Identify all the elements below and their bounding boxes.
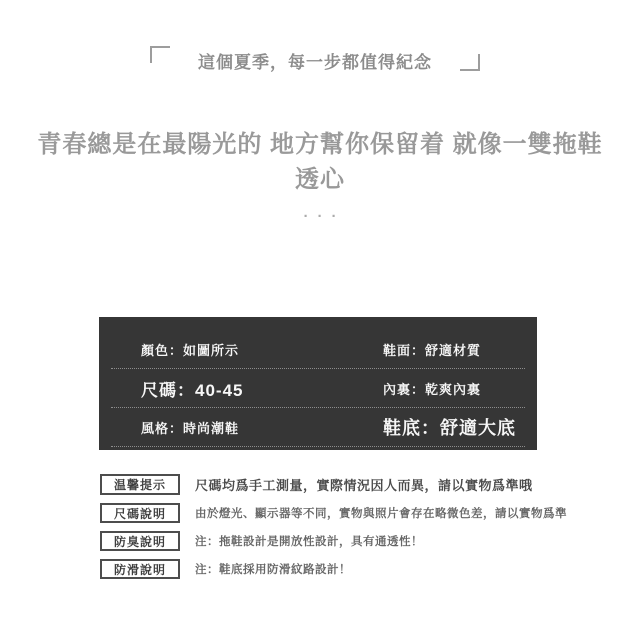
spec-row-color-upper: 顏色：如圖所示 鞋面：舒適材質 [111, 330, 525, 369]
note-label-odor-note: 防臭說明 [100, 531, 180, 551]
note-text-odor-note: 注：拖鞋設計是開放性設計，具有通透性！ [195, 533, 423, 549]
spec-table: 顏色：如圖所示 鞋面：舒適材質 尺碼：40-45 內裏：乾爽內裏 風格：時尚潮鞋… [99, 317, 537, 450]
hero-slogan-line2: 透心 [0, 163, 640, 197]
note-text-warm-tip: 尺碼均爲手工測量，實際情況因人而異，請以實物爲準哦 [195, 475, 533, 494]
spec-size: 尺碼：40-45 [111, 376, 318, 401]
spec-color: 顏色：如圖所示 [111, 340, 318, 359]
note-label-size-note: 尺碼說明 [100, 503, 180, 523]
header-quote: 這個夏季，每一步都值得紀念 [178, 48, 452, 73]
note-row-warm-tip: 温馨提示 尺碼均爲手工測量，實際情況因人而異，請以實物爲準哦 [100, 474, 560, 495]
corner-bracket-top-left-icon [150, 46, 170, 63]
spec-lining: 內裏：乾爽內裏 [318, 379, 525, 398]
product-description-page: 這個夏季，每一步都值得紀念 青春總是在最陽光的 地方幫你保留着 就像一雙拖鞋 透… [0, 0, 640, 640]
note-label-warm-tip: 温馨提示 [100, 474, 180, 495]
note-row-odor-note: 防臭說明 注：拖鞋設計是開放性設計，具有通透性！ [100, 531, 560, 551]
spec-row-style-sole: 風格：時尚潮鞋 鞋底：舒適大底 [111, 408, 525, 447]
note-row-size-note: 尺碼說明 由於燈光、顯示器等不同，實物與照片會存在略微色差，請以實物爲準 [100, 503, 560, 523]
hero-slogan-line1: 青春總是在最陽光的 地方幫你保留着 就像一雙拖鞋 [0, 128, 640, 162]
dots-divider: ··· [0, 208, 640, 225]
header-quote-section: 這個夏季，每一步都值得紀念 [148, 42, 482, 76]
spec-row-size-lining: 尺碼：40-45 內裏：乾爽內裏 [111, 369, 525, 408]
spec-style: 風格：時尚潮鞋 [111, 418, 318, 437]
spec-sole: 鞋底：舒適大底 [318, 414, 525, 440]
note-text-size-note: 由於燈光、顯示器等不同，實物與照片會存在略微色差，請以實物爲準 [195, 505, 567, 521]
spec-upper: 鞋面：舒適材質 [318, 340, 525, 359]
note-row-antislip-note: 防滑說明 注：鞋底採用防滑紋路設計！ [100, 559, 560, 579]
corner-bracket-bottom-right-icon [460, 54, 480, 71]
notes-section: 温馨提示 尺碼均爲手工測量，實際情況因人而異，請以實物爲準哦 尺碼說明 由於燈光… [100, 474, 560, 587]
note-text-antislip-note: 注：鞋底採用防滑紋路設計！ [195, 561, 351, 577]
hero-slogan: 青春總是在最陽光的 地方幫你保留着 就像一雙拖鞋 透心 [0, 128, 640, 197]
note-label-antislip-note: 防滑說明 [100, 559, 180, 579]
